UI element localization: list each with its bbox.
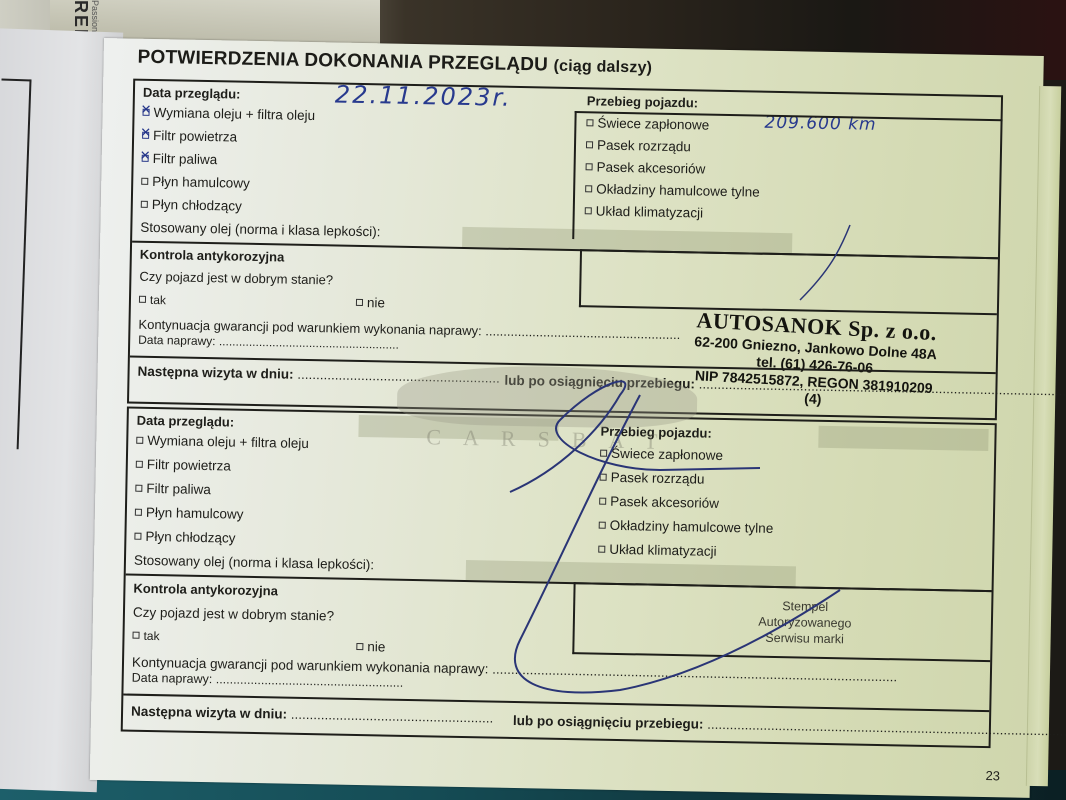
checkbox-icon[interactable] — [585, 185, 592, 192]
yes-label: tak — [150, 293, 166, 307]
item-label: Pasek akcesoriów — [610, 494, 719, 511]
item-label: Wymiana oleju + filtra oleju — [153, 105, 315, 123]
repair-date-field[interactable]: ........................................… — [216, 672, 404, 690]
checkbox-item-accessory-belt[interactable]: Pasek akcesoriów — [599, 494, 719, 511]
mileage-label: Przebieg pojazdu: — [600, 424, 712, 441]
checkbox-icon[interactable] — [586, 119, 593, 126]
item-label: Filtr paliwa — [146, 481, 211, 497]
checkbox-yes[interactable]: tak — [132, 629, 159, 644]
checkbox-icon[interactable] — [136, 437, 143, 444]
page-title: POTWIERDZENIA DOKONANIA PRZEGLĄDU (ciąg … — [137, 47, 652, 79]
or-mileage-label: lub po osiągnięciu przebiegu: — [504, 373, 695, 392]
checkbox-icon[interactable] — [135, 509, 142, 516]
no-label: nie — [367, 295, 385, 310]
item-label: Układ klimatyzacji — [609, 542, 717, 559]
checkbox-item-air-conditioning[interactable]: Układ klimatyzacji — [585, 203, 704, 220]
checkbox-icon[interactable] — [585, 207, 592, 214]
checkbox-icon[interactable] — [599, 522, 606, 529]
checkbox-icon[interactable] — [139, 296, 146, 303]
company-stamp: AUTOSANOK Sp. z o.o. 62-200 Gniezno, Jan… — [648, 305, 983, 417]
checkbox-icon[interactable] — [598, 546, 605, 553]
yes-label: tak — [143, 629, 159, 643]
no-label: nie — [367, 639, 385, 654]
dots-continued: ........................................… — [910, 721, 1066, 740]
service-book-page: POTWIERDZENIA DOKONANIA PRZEGLĄDU (ciąg … — [90, 38, 1044, 798]
checkbox-icon[interactable] — [141, 201, 148, 208]
stamp-box — [579, 249, 998, 315]
next-visit-field[interactable]: ........................................… — [297, 367, 500, 386]
inspection-record-2: Data przeglądu: Wymiana oleju + filtra o… — [121, 407, 997, 749]
corrosion-question: Czy pojazd jest w dobrym stanie? — [139, 269, 333, 288]
corrosion-title: Kontrola antykorozyjna — [133, 581, 278, 599]
warranty-field[interactable]: ........................................… — [492, 662, 695, 681]
item-label: Płyn hamulcowy — [152, 174, 250, 191]
item-label: Pasek rozrządu — [597, 137, 691, 154]
next-visit-field[interactable]: ........................................… — [291, 707, 494, 726]
title-main: POTWIERDZENIA DOKONANIA PRZEGLĄDU — [137, 47, 548, 76]
checkbox-icon[interactable] — [132, 632, 139, 639]
item-label: Pasek akcesoriów — [596, 159, 705, 176]
item-label: Filtr powietrza — [153, 128, 237, 145]
repair-date-label: Data naprawy: — [132, 671, 213, 687]
item-label: Płyn hamulcowy — [146, 505, 244, 522]
background-brand-subtext: Passion — [90, 0, 100, 32]
item-label: Wymiana oleju + filtra oleju — [147, 433, 309, 451]
checkbox-icon[interactable] — [356, 299, 363, 306]
item-label: Płyn chłodzący — [152, 197, 242, 214]
checkbox-item-brake-fluid[interactable]: Płyn hamulcowy — [135, 505, 244, 522]
item-label: Układ klimatyzacji — [596, 203, 704, 220]
oil-used-label: Stosowany olej (norma i klasa lepkości): — [134, 553, 374, 573]
corrosion-question: Czy pojazd jest w dobrym stanie? — [133, 605, 334, 624]
checkbox-icon[interactable] — [600, 450, 607, 457]
checkbox-icon[interactable] — [356, 643, 363, 650]
mileage-box — [572, 111, 1002, 247]
checkbox-item-fuel-filter[interactable]: Filtr paliwa — [135, 481, 211, 497]
next-visit-label: Następna wizyta w dniu: — [137, 364, 293, 382]
checkbox-icon[interactable] — [141, 178, 148, 185]
title-suffix: (ciąg dalszy) — [553, 58, 652, 77]
dots-continued: ........................................… — [695, 665, 898, 684]
checkbox-checked-icon[interactable] — [142, 132, 149, 139]
checkbox-item-fuel-filter[interactable]: Filtr paliwa — [142, 151, 218, 167]
page-edge — [1026, 86, 1061, 786]
page-number: 23 — [985, 768, 1000, 783]
checkbox-no[interactable]: nie — [356, 639, 385, 655]
date-label: Data przeglądu: — [143, 85, 241, 102]
oil-used-label: Stosowany olej (norma i klasa lepkości): — [140, 220, 380, 240]
checkbox-item-air-filter[interactable]: Filtr powietrza — [136, 457, 231, 474]
or-mileage-label: lub po osiągnięciu przebiegu: — [513, 713, 704, 732]
date-field-shade — [358, 415, 558, 441]
checkbox-item-timing-belt[interactable]: Pasek rozrządu — [600, 470, 705, 487]
checkbox-icon[interactable] — [135, 485, 142, 492]
checkbox-icon[interactable] — [586, 141, 593, 148]
checkbox-icon[interactable] — [599, 498, 606, 505]
item-label: Pasek rozrządu — [611, 470, 705, 487]
handwritten-date: 22.11.2023r. — [335, 80, 512, 111]
mileage-label: Przebieg pojazdu: — [587, 93, 699, 110]
checkbox-item-coolant[interactable]: Płyn chłodzący — [141, 197, 242, 214]
checkbox-item-brake-fluid[interactable]: Płyn hamulcowy — [141, 174, 250, 191]
checkbox-yes[interactable]: tak — [139, 293, 166, 308]
item-label: Okładziny hamulcowe tylne — [596, 181, 760, 199]
checkbox-checked-icon[interactable] — [142, 155, 149, 162]
checkbox-checked-icon[interactable] — [143, 109, 150, 116]
checkbox-item-spark-plugs[interactable]: Świece zapłonowe — [600, 446, 723, 463]
stamp-placeholder: Stempel Autoryzowanego Serwisu marki — [724, 597, 885, 648]
item-label: Filtr powietrza — [147, 457, 231, 474]
date-label: Data przeglądu: — [137, 413, 235, 430]
item-label: Okładziny hamulcowe tylne — [610, 518, 774, 536]
checkbox-icon[interactable] — [586, 163, 593, 170]
repair-date-field[interactable]: ........................................… — [219, 334, 399, 351]
or-mileage-field[interactable]: ........................................… — [707, 717, 910, 736]
checkbox-item-oil-change[interactable]: Wymiana oleju + filtra oleju — [142, 105, 315, 123]
checkbox-item-oil-change[interactable]: Wymiana oleju + filtra oleju — [136, 433, 309, 451]
item-label: Płyn chłodzący — [145, 529, 235, 546]
left-page-frame — [0, 78, 32, 449]
mileage-field-shade — [818, 426, 988, 451]
checkbox-no[interactable]: nie — [356, 295, 385, 311]
checkbox-icon[interactable] — [136, 461, 143, 468]
corrosion-title: Kontrola antykorozyjna — [140, 247, 285, 265]
checkbox-item-air-conditioning[interactable]: Układ klimatyzacji — [598, 542, 717, 559]
item-label: Świece zapłonowe — [611, 446, 723, 463]
checkbox-item-coolant[interactable]: Płyn chłodzący — [134, 529, 235, 546]
next-visit-line: Następna wizyta w dniu: ................… — [131, 704, 494, 726]
repair-date-label: Data naprawy: — [138, 333, 216, 348]
checkbox-item-spark-plugs[interactable]: Świece zapłonowe — [586, 115, 709, 132]
item-label: Świece zapłonowe — [597, 115, 709, 132]
stamp-placeholder-line: Serwisu marki — [724, 629, 884, 648]
checkbox-item-rear-brake-pads[interactable]: Okładziny hamulcowe tylne — [599, 518, 774, 536]
item-label: Filtr paliwa — [153, 151, 218, 167]
next-visit-label: Następna wizyta w dniu: — [131, 704, 287, 722]
checkbox-item-accessory-belt[interactable]: Pasek akcesoriów — [585, 159, 705, 176]
checkbox-icon[interactable] — [600, 474, 607, 481]
inspection-record-1: Data przeglądu: 22.11.2023r. Wymiana ole… — [127, 79, 1003, 421]
checkbox-icon[interactable] — [134, 533, 141, 540]
next-visit-line: Następna wizyta w dniu: ................… — [137, 364, 500, 386]
checkbox-item-timing-belt[interactable]: Pasek rozrządu — [586, 137, 691, 154]
checkbox-item-air-filter[interactable]: Filtr powietrza — [142, 128, 237, 145]
or-mileage-line: lub po osiągnięciu przebiegu: ..........… — [513, 713, 1066, 740]
